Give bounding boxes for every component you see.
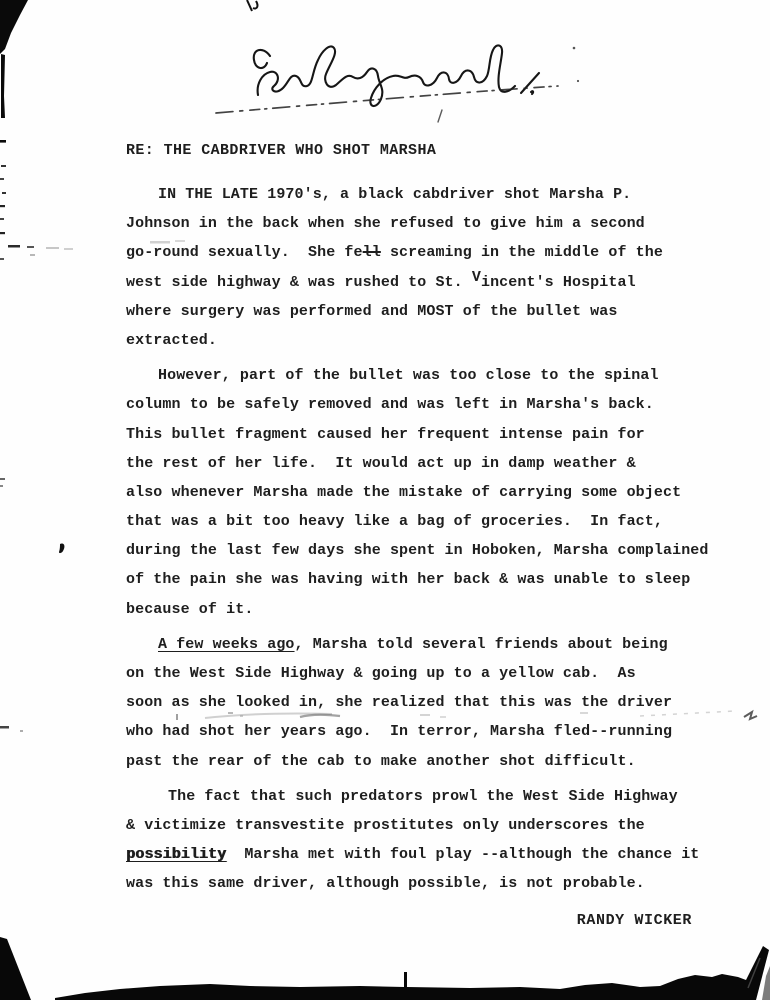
text-line: IN THE LATE 1970's, a black cabdriver sh… [126, 180, 726, 209]
text-line: This bullet fragment caused her frequent… [126, 420, 726, 449]
margin-apostrophe-mark [59, 543, 64, 553]
handwritten-background-annotation [216, 45, 558, 122]
text-line: column to be safely removed and was left… [126, 390, 726, 419]
document-body: IN THE LATE 1970's, a black cabdriver sh… [126, 180, 726, 905]
text-line: go-round sexually. She fell screaming in… [126, 238, 726, 267]
text-line: However, part of the bullet was too clos… [126, 361, 726, 390]
text-line: soon as she looked in, she realized that… [126, 688, 726, 717]
stray-ink-dots [573, 47, 579, 82]
paragraph: IN THE LATE 1970's, a black cabdriver sh… [126, 180, 726, 355]
text-line: where surgery was performed and MOST of … [126, 297, 726, 326]
text-line: possibility Marsha met with foul play --… [126, 840, 726, 869]
scanned-document-page: RE: THE CABDRIVER WHO SHOT MARSHA IN THE… [0, 0, 770, 1000]
text-line: the rest of her life. It would act up in… [126, 449, 726, 478]
top-edge-pen-fragment [247, 0, 257, 11]
text-line: because of it. [126, 595, 726, 624]
text-line: that was a bit too heavy like a bag of g… [126, 507, 726, 536]
document-subject-line: RE: THE CABDRIVER WHO SHOT MARSHA [126, 136, 436, 165]
signature-name: RANDY WICKER [126, 906, 692, 935]
text-line: of the pain she was having with her back… [126, 565, 726, 594]
top-left-ink-blob [0, 0, 28, 487]
paragraph: The fact that such predators prowl the W… [126, 782, 726, 899]
text-line: The fact that such predators prowl the W… [126, 782, 726, 811]
text-line: extracted. [126, 326, 726, 355]
paragraph: A few weeks ago, Marsha told several fri… [126, 630, 726, 776]
text-line: past the rear of the cab to make another… [126, 747, 726, 776]
text-line: was this same driver, although possible,… [126, 869, 726, 898]
text-line: Johnson in the back when she refused to … [126, 209, 726, 238]
paragraph: However, part of the bullet was too clos… [126, 361, 726, 624]
text-line: & victimize transvestite prostitutes onl… [126, 811, 726, 840]
bottom-tear-band [0, 937, 770, 1000]
text-line: also whenever Marsha made the mistake of… [126, 478, 726, 507]
text-line: A few weeks ago, Marsha told several fri… [126, 630, 726, 659]
text-line: during the last few days she spent in Ho… [126, 536, 726, 565]
text-line: who had shot her years ago. In terror, M… [126, 717, 726, 746]
text-line: on the West Side Highway & going up to a… [126, 659, 726, 688]
text-line: west side highway & was rushed to St. Vi… [126, 268, 726, 297]
